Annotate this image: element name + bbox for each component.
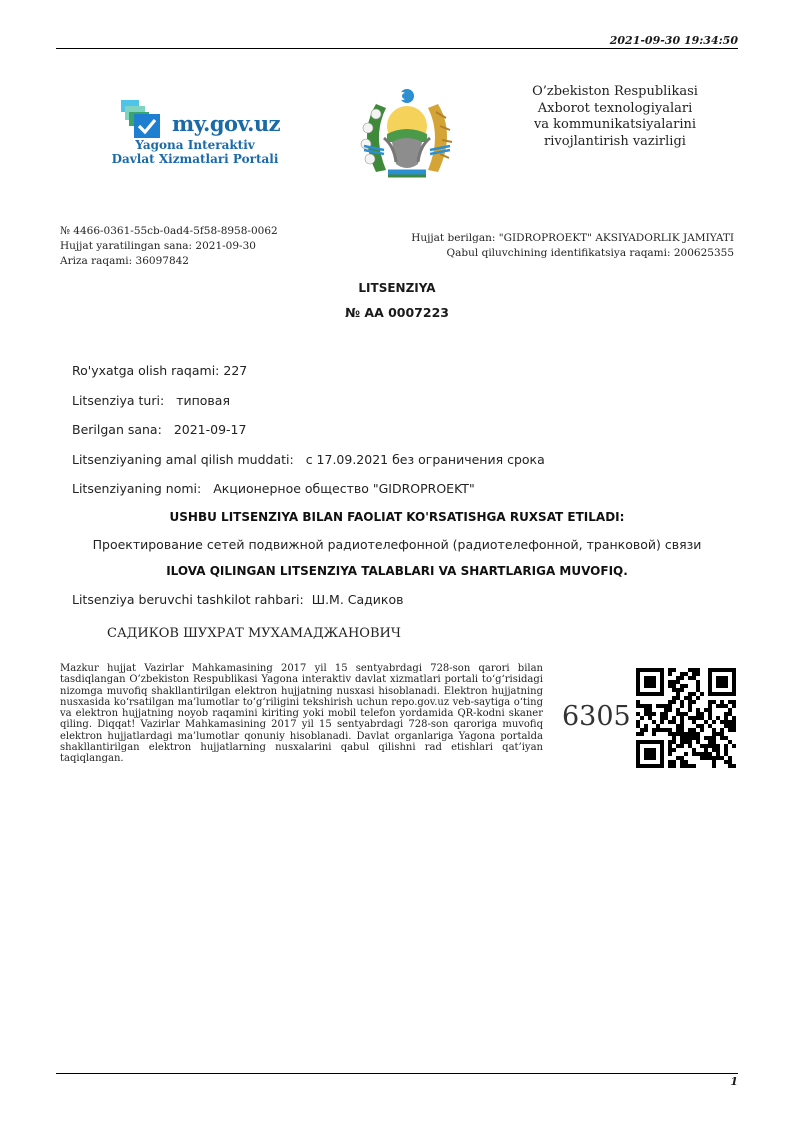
field-value: Акционерное общество "GIDROPROEKT" <box>213 481 474 496</box>
application-number: Ariza raqami: 36097842 <box>60 254 278 269</box>
logo-title: my.gov.uz <box>172 111 280 136</box>
field-value: Ш.М. Садиков <box>312 592 404 607</box>
checkmark-icon <box>134 114 160 138</box>
mygovuz-logo: my.gov.uz Yagona Interaktiv Davlat Xizma… <box>105 96 295 171</box>
recipient-id: Qabul qiluvchining identifikatsiya raqam… <box>380 246 734 261</box>
field-label: Litsenziyaning nomi: <box>72 481 201 496</box>
field-value: с 17.09.2021 без ограничения срока <box>306 452 545 467</box>
created-date: Hujjat yaratilingan sana: 2021-09-30 <box>60 239 278 254</box>
document-meta-left: № 4466-0361-55cb-0ad4-5f58-8958-0062 Huj… <box>60 224 278 269</box>
page-number: 1 <box>700 1075 738 1088</box>
ministry-line: rivojlantirish vazirligi <box>500 134 730 151</box>
print-timestamp: 2021-09-30 19:34:50 <box>560 34 738 47</box>
compliance-heading: ILOVA QILINGAN LITSENZIYA TALABLARI VA S… <box>0 564 794 578</box>
document-meta-right: Hujjat berilgan: "GIDROPROEKT" AKSIYADOR… <box>380 231 734 261</box>
field-label: Berilgan sana: <box>72 422 162 437</box>
footer-divider <box>56 1073 738 1074</box>
document-title: LITSENZIYA <box>0 281 794 295</box>
ministry-line: O’zbekiston Respublikasi <box>500 84 730 101</box>
verification-code: 6305 <box>562 701 631 732</box>
field-license-holder: Litsenziyaning nomi:Акционерное общество… <box>72 481 475 496</box>
ministry-line: va kommunikatsiyalarini <box>500 117 730 134</box>
field-label: Litsenziya beruvchi tashkilot rahbari: <box>72 592 304 607</box>
ministry-name: O’zbekiston Respublikasi Axborot texnolo… <box>500 84 730 150</box>
logo-subtitle-2: Davlat Xizmatlari Portali <box>95 152 295 166</box>
document-id: № 4466-0361-55cb-0ad4-5f58-8958-0062 <box>60 224 278 239</box>
field-value: 227 <box>223 363 247 378</box>
header-divider <box>56 48 738 49</box>
field-label: Litsenziya turi: <box>72 393 164 408</box>
field-validity-period: Litsenziyaning amal qilish muddati:с 17.… <box>72 452 545 467</box>
logo-subtitle-1: Yagona Interaktiv <box>105 138 285 152</box>
legal-disclaimer: Mazkur hujjat Vazirlar Mahkamasining 201… <box>60 663 543 765</box>
signer-full-name: САДИКОВ ШУХРАТ МУХАМАДЖАНОВИЧ <box>107 626 401 641</box>
field-value: 2021-09-17 <box>174 422 247 437</box>
field-label: Litsenziyaning amal qilish muddati: <box>72 452 294 467</box>
field-label: Ro'yxatga olish raqami: <box>72 363 219 378</box>
field-head-of-organization: Litsenziya beruvchi tashkilot rahbari:Ш.… <box>72 592 404 607</box>
field-value: типовая <box>176 393 230 408</box>
license-number: № AA 0007223 <box>0 305 794 320</box>
field-issue-date: Berilgan sana:2021-09-17 <box>72 422 246 437</box>
ministry-line: Axborot texnologiyalari <box>500 101 730 118</box>
licensed-activity: Проектирование сетей подвижной радиотеле… <box>0 537 794 552</box>
issued-to: Hujjat berilgan: "GIDROPROEKT" AKSIYADOR… <box>380 231 734 246</box>
field-license-type: Litsenziya turi:типовая <box>72 393 230 408</box>
field-registration-number: Ro'yxatga olish raqami:227 <box>72 363 247 378</box>
qr-code-icon <box>636 668 736 768</box>
permission-heading: USHBU LITSENZIYA BILAN FAOLIAT KO'RSATIS… <box>0 510 794 524</box>
state-emblem-icon <box>354 84 460 188</box>
